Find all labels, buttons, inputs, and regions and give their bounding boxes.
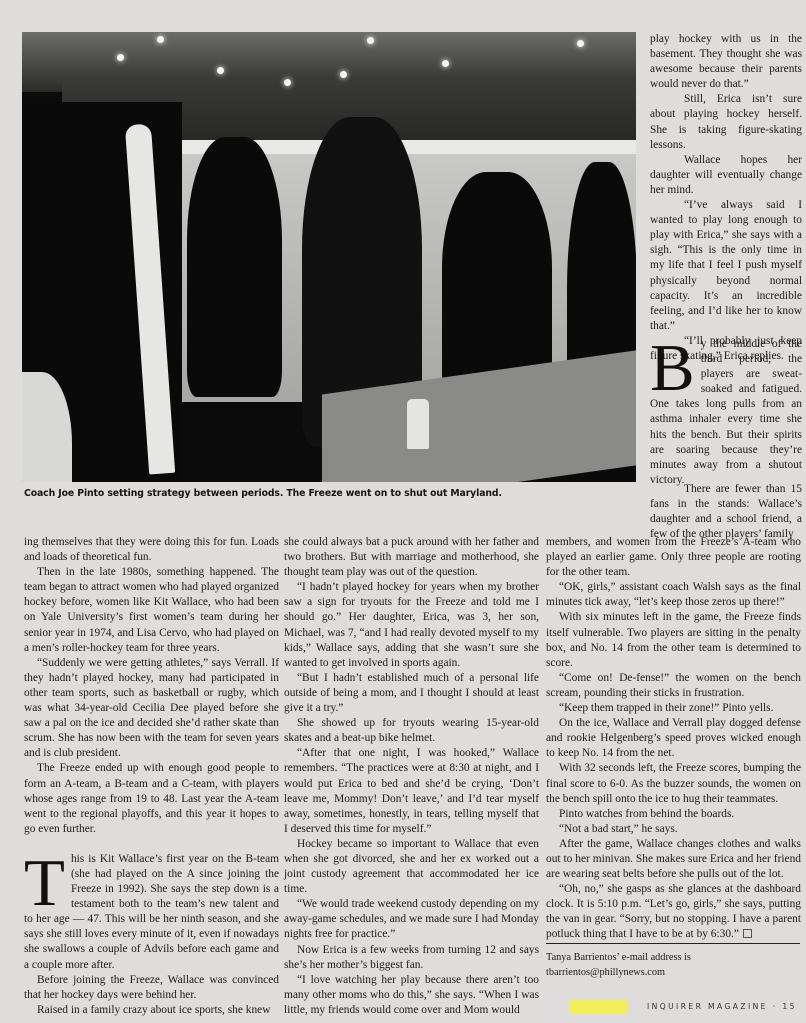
article-column-2: she could always bat a puck around with … — [284, 535, 539, 1018]
ceiling-light — [217, 67, 224, 74]
highlight-marker — [569, 1000, 627, 1014]
paragraph: After the game, Wallace changes clothes … — [546, 837, 801, 882]
paragraph: members, and women from the Freeze’s A-t… — [546, 535, 801, 580]
divider-rule — [546, 943, 800, 944]
hockey-bench-photo — [22, 32, 636, 482]
paragraph: Wallace hopes her daughter will eventual… — [650, 153, 802, 198]
author-email-link[interactable]: tbarrientos@phillynews.com — [546, 965, 800, 980]
page-number: 15 — [782, 1002, 796, 1011]
paragraph: play hockey with us in the basement. The… — [650, 32, 802, 92]
paragraph: “I hadn’t played hockey for years when m… — [284, 580, 539, 671]
magazine-page: Coach Joe Pinto setting strategy between… — [0, 0, 806, 1023]
paragraph: On the ice, Wallace and Verrall play dog… — [546, 716, 801, 761]
paragraph: Raised in a family crazy about ice sport… — [24, 1003, 279, 1018]
water-bottle — [407, 399, 429, 449]
paragraph: “We would trade weekend custody dependin… — [284, 897, 539, 942]
paragraph: She showed up for tryouts wearing 15-yea… — [284, 716, 539, 746]
ceiling-light — [442, 60, 449, 67]
paragraph: “Suddenly we were getting athletes,” say… — [24, 656, 279, 762]
photo-caption: Coach Joe Pinto setting strategy between… — [24, 488, 544, 499]
paragraph: Pinto watches from behind the boards. — [546, 807, 801, 822]
author-note: Tanya Barrientos’ e-mail address is tbar… — [546, 950, 800, 980]
right-column-top: play hockey with us in the basement. The… — [650, 32, 802, 364]
publication-name: INQUIRER MAGAZINE — [647, 1002, 768, 1011]
paragraph: “I’ve always said I wanted to play long … — [650, 198, 802, 334]
ceiling-light — [577, 40, 584, 47]
paragraph: “Come on! De-fense!” the women on the be… — [546, 671, 801, 701]
drop-cap-t: T — [24, 854, 65, 910]
ceiling-light — [367, 37, 374, 44]
paragraph: Then in the late 1980s, something happen… — [24, 565, 279, 656]
paragraph: “I love watching her play because there … — [284, 973, 539, 1018]
footer-separator: · — [773, 1002, 778, 1011]
paragraph: “But I hadn’t established much of a pers… — [284, 671, 539, 716]
section-b-start: By the middle of the third period, the p… — [650, 337, 802, 488]
paragraph: With six minutes left in the game, the F… — [546, 610, 801, 670]
paragraph: “After that one night, I was hooked,” Wa… — [284, 746, 539, 837]
ceiling-light — [284, 79, 291, 86]
page-footer: INQUIRER MAGAZINE · 15 — [647, 1002, 797, 1011]
paragraph: “Not a bad start,” he says. — [546, 822, 801, 837]
article-column-3: members, and women from the Freeze’s A-t… — [546, 535, 801, 943]
ceiling-light — [117, 54, 124, 61]
article-column-1: ing themselves that they were doing this… — [24, 535, 279, 1018]
ceiling-light — [157, 36, 164, 43]
paragraph: Now Erica is a few weeks from turning 12… — [284, 943, 539, 973]
author-note-line: Tanya Barrientos’ e-mail address is — [546, 950, 800, 965]
paragraph: There are fewer than 15 fans in the stan… — [650, 482, 802, 542]
paragraph: Hockey became so important to Wallace th… — [284, 837, 539, 897]
paragraph: “Keep them trapped in their zone!” Pinto… — [546, 701, 801, 716]
paragraph: Before joining the Freeze, Wallace was c… — [24, 973, 279, 1003]
paragraph: “Oh, no,” she gasps as she glances at th… — [546, 883, 801, 940]
ceiling-light — [340, 71, 347, 78]
paragraph: The Freeze ended up with enough good peo… — [24, 761, 279, 836]
drop-cap-b: B — [650, 339, 695, 395]
paragraph: she could always bat a puck around with … — [284, 535, 539, 580]
end-of-story-icon — [743, 929, 752, 938]
paragraph: “OK, girls,” assistant coach Walsh says … — [546, 580, 801, 610]
paragraph: With 32 seconds left, the Freeze scores,… — [546, 761, 801, 806]
player-figure — [187, 137, 282, 397]
section-b-continue: There are fewer than 15 fans in the stan… — [650, 482, 802, 542]
paragraph: Still, Erica isn’t sure about playing ho… — [650, 92, 802, 152]
paragraph: ing themselves that they were doing this… — [24, 535, 279, 565]
